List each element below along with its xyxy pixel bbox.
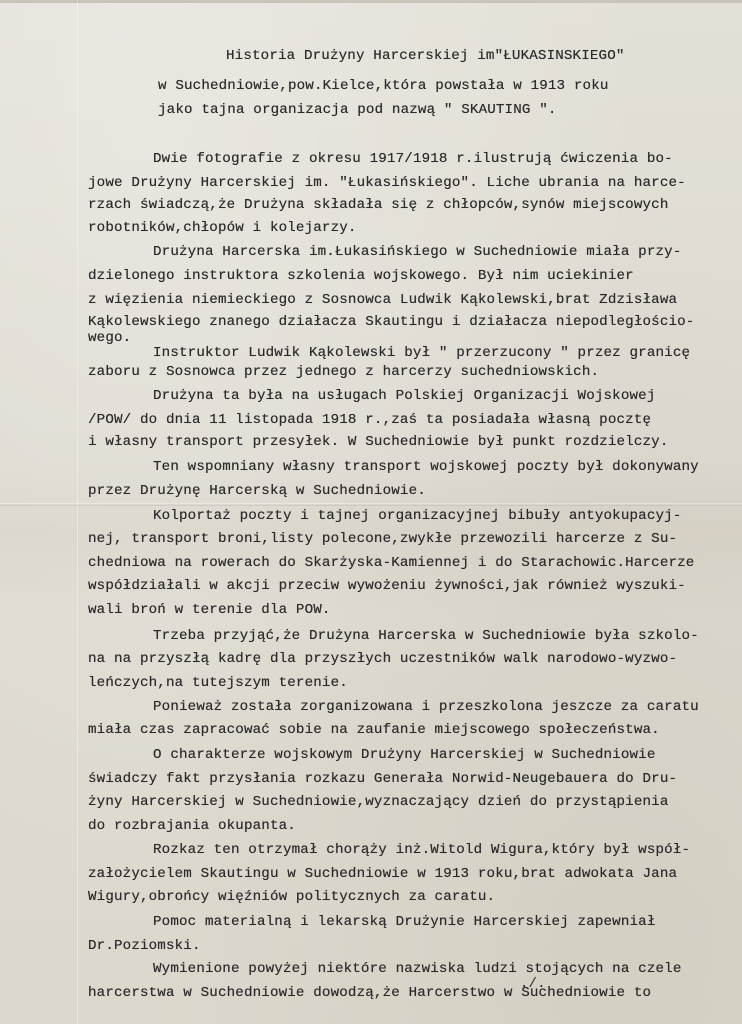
body-line: Ponieważ została zorganizowana i przeszk…	[153, 697, 699, 717]
body-line: Drużyna Harcerska im.Łukasińskiego w Suc…	[153, 242, 682, 262]
body-line: Kąkolewskiego znanego działacza Skauting…	[88, 312, 694, 332]
body-line: Instruktor Ludwik Kąkolewski był " przer…	[153, 343, 690, 363]
title-line-3: jako tajna organizacja pod nazwą " SKAUT…	[158, 100, 557, 120]
title-line-2: w Suchedniowie,pow.Kielce,która powstała…	[158, 76, 609, 96]
body-line: Dwie fotografie z okresu 1917/1918 r.ilu…	[153, 149, 673, 169]
body-line: robotników,chłopów i kolejarzy.	[88, 218, 357, 238]
body-line: Wymienione powyżej niektóre nazwiska lud…	[153, 959, 682, 979]
body-line: zaboru z Sosnowca przez jednego z harcer…	[88, 362, 599, 382]
body-line: Wigury,obrońcy więźniów politycznych za …	[88, 887, 495, 907]
title-line-1: Historia Drużyny Harcerskiej im"ŁUKASINS…	[226, 46, 625, 66]
body-line: O charakterze wojskowym Drużyny Harcersk…	[153, 745, 656, 765]
body-line: Trzeba przyjąć,że Drużyna Harcerska w Su…	[153, 626, 699, 646]
body-line: chedniowa na rowerach do Skarżyska-Kamie…	[88, 553, 694, 573]
body-line: rzach świadczą,że Drużyna składała się z…	[88, 195, 668, 215]
body-line: Pomoc materialną i lekarską Drużynie Har…	[153, 912, 656, 932]
body-line: Kolportaż poczty i tajnej organizacyjnej…	[153, 506, 682, 526]
body-line: Ten wspomniany własny transport wojskowe…	[153, 457, 699, 477]
body-line: jowe Drużyny Harcerskiej im. "Łukasiński…	[88, 173, 686, 193]
body-line: przez Drużynę Harcerską w Suchedniowie.	[88, 481, 426, 501]
body-line: żyny Harcerskiej w Suchedniowie,wyznacza…	[88, 792, 668, 812]
body-line: Dr.Poziomski.	[88, 936, 201, 956]
body-line: na na przyszłą kadrę dla przyszłych ucze…	[88, 649, 677, 669]
body-line: nej, transport broni,listy polecone,zwyk…	[88, 529, 677, 549]
body-line: z więzienia niemieckiego z Sosnowca Ludw…	[88, 290, 677, 310]
body-line: i własny transport przesyłek. W Suchedni…	[88, 432, 668, 452]
body-line: do rozbrajania okupanta.	[88, 816, 296, 836]
body-line: współdziałali w akcji przeciw wywożeniu …	[88, 576, 686, 596]
body-line: założycielem Skautingu w Suchedniowie w …	[88, 864, 677, 884]
body-line: leńczych,na tutejszym terenie.	[88, 673, 348, 693]
body-line: świadczy fakt przysłania rozkazu Generał…	[88, 769, 677, 789]
body-line: /POW/ do dnia 11 listopada 1918 r.,zaś t…	[88, 410, 651, 430]
body-line: Rozkaz ten otrzymał chorąży inż.Witold W…	[153, 840, 690, 860]
body-line: wali broń w terenie dla POW.	[88, 600, 331, 620]
body-line: Drużyna ta była na usługach Polskiej Org…	[153, 386, 656, 406]
typewritten-document: Historia Drużyny Harcerskiej im"ŁUKASINS…	[0, 0, 742, 1024]
body-line: wego.	[88, 328, 131, 348]
body-line: miała czas zapracować sobie na zaufanie …	[88, 720, 660, 740]
body-line: dzielonego instruktora szkolenia wojskow…	[88, 266, 634, 286]
continuation-mark: ./.	[520, 976, 546, 992]
body-line: harcerstwa w Suchedniowie dowodzą,że Har…	[88, 983, 651, 1003]
